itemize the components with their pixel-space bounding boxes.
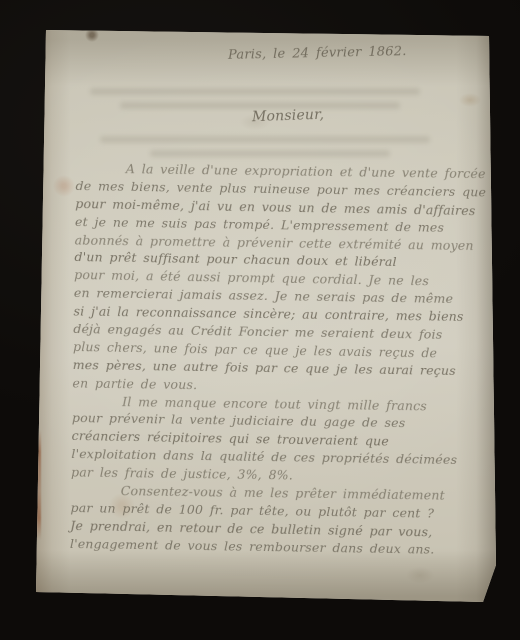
letter-paper: Paris, le 24 février 1862. Monsieur, A l…: [0, 0, 520, 640]
salutation: Monsieur,: [252, 107, 325, 126]
show-through-line: [150, 150, 390, 157]
date-line: Paris, le 24 février 1862.: [228, 44, 407, 63]
photo-background: Paris, le 24 février 1862. Monsieur, A l…: [0, 0, 520, 640]
letter-body: A la veille d'une expropriation et d'une…: [70, 159, 476, 559]
paragraph: Consentez-vous à me les prêter immédiate…: [70, 481, 471, 559]
paragraph: A la veille d'une expropriation et d'une…: [72, 159, 476, 398]
show-through-line: [100, 136, 430, 143]
paper-edge-discoloration: [36, 430, 41, 540]
paragraph: Il me manque encore tout vingt mille fra…: [71, 392, 472, 488]
show-through-line: [120, 102, 400, 109]
show-through-line: [90, 88, 420, 95]
paper-edge-discoloration: [36, 60, 41, 110]
